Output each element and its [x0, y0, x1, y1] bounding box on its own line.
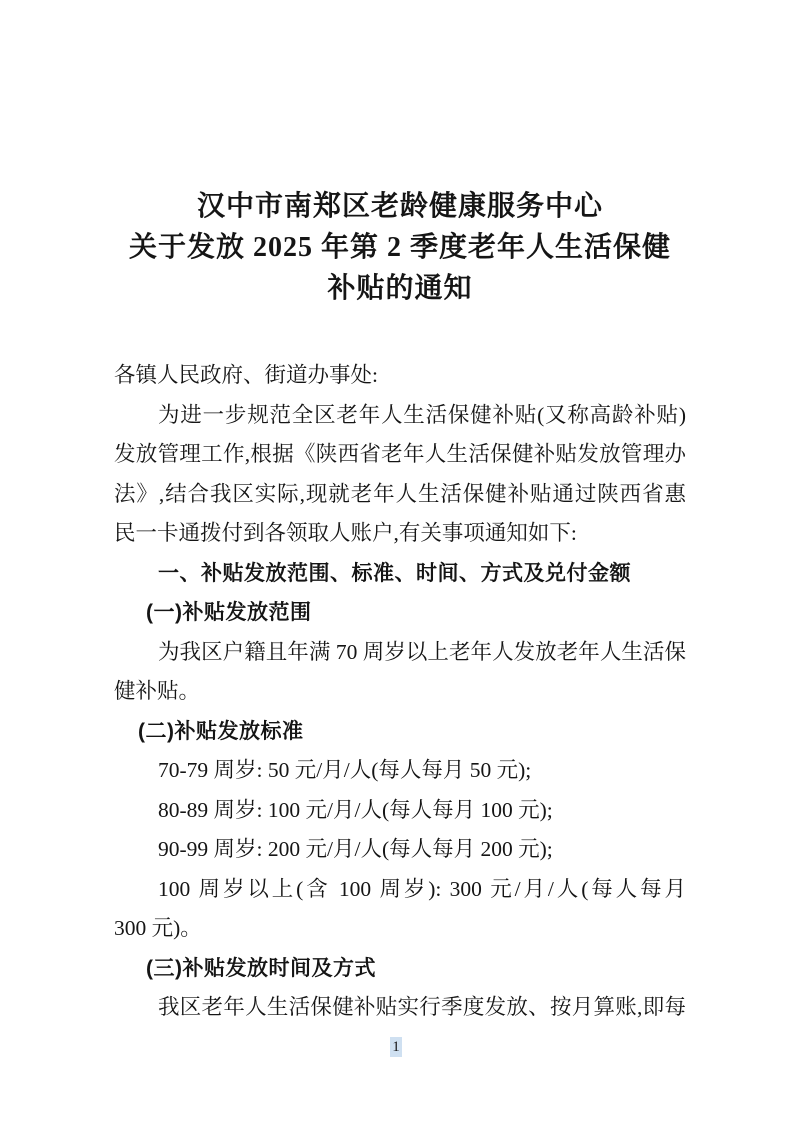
- body-line: 发放管理工作,根据《陕西省老年人生活保健补贴发放管理办: [114, 435, 686, 475]
- subsidy-tier-line: 90-99 周岁: 200 元/月/人(每人每月 200 元);: [114, 830, 686, 870]
- salutation-line: 各镇人民政府、街道办事处:: [114, 356, 686, 396]
- body-line: 为进一步规范全区老年人生活保健补贴(又称高龄补贴): [114, 396, 686, 436]
- page-footer: 1: [0, 1037, 792, 1057]
- subsidy-tier-line: 70-79 周岁: 50 元/月/人(每人每月 50 元);: [114, 751, 686, 791]
- body-line: 民一卡通拨付到各领取人账户,有关事项通知如下:: [114, 514, 686, 554]
- document-body: 各镇人民政府、街道办事处: 为进一步规范全区老年人生活保健补贴(又称高龄补贴) …: [114, 356, 686, 1028]
- subsection-heading-2: (二)补贴发放标准: [114, 712, 686, 752]
- body-line: 法》,结合我区实际,现就老年人生活保健补贴通过陕西省惠: [114, 475, 686, 515]
- document-title: 汉中市南郑区老龄健康服务中心 关于发放 2025 年第 2 季度老年人生活保健 …: [114, 186, 686, 309]
- document-page: 汉中市南郑区老龄健康服务中心 关于发放 2025 年第 2 季度老年人生活保健 …: [0, 0, 792, 1121]
- subsidy-tier-line: 300 元)。: [114, 909, 686, 949]
- title-line-2: 关于发放 2025 年第 2 季度老年人生活保健: [114, 227, 686, 268]
- body-line: 为我区户籍且年满 70 周岁以上老年人发放老年人生活保: [114, 633, 686, 673]
- page-number: 1: [390, 1037, 402, 1057]
- subsection-heading-3: (三)补贴发放时间及方式: [114, 949, 686, 989]
- document-content: 汉中市南郑区老龄健康服务中心 关于发放 2025 年第 2 季度老年人生活保健 …: [114, 186, 686, 1028]
- title-line-3: 补贴的通知: [114, 268, 686, 309]
- body-line: 我区老年人生活保健补贴实行季度发放、按月算账,即每: [114, 988, 686, 1028]
- section-heading-1: 一、补贴发放范围、标准、时间、方式及兑付金额: [114, 554, 686, 594]
- subsidy-tier-line: 80-89 周岁: 100 元/月/人(每人每月 100 元);: [114, 791, 686, 831]
- body-line: 健补贴。: [114, 672, 686, 712]
- subsection-heading-1: (一)补贴发放范围: [114, 593, 686, 633]
- subsidy-tier-line: 100 周岁以上(含 100 周岁): 300 元/月/人(每人每月: [114, 870, 686, 910]
- title-line-1: 汉中市南郑区老龄健康服务中心: [114, 186, 686, 227]
